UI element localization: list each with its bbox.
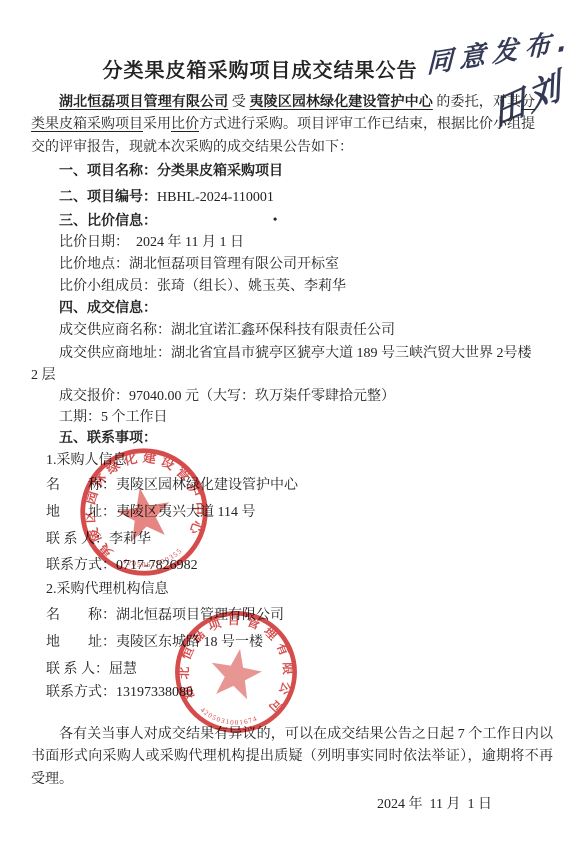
section-value: 分类果皮箱采购项目 bbox=[157, 164, 283, 179]
purchaser-name: 夷陵区园林绿化建设管护中心 bbox=[250, 95, 433, 110]
intro-text: 的委托，对其 bbox=[433, 95, 521, 110]
announcement-document: 分类果皮箱采购项目成交结果公告 同意发布. 田刘 湖北恒磊项目管理有限公司 受 … bbox=[0, 0, 583, 852]
section-label: 一、项目名称： bbox=[59, 164, 157, 179]
bidding-place-line: 比价地点：湖北恒磊项目管理有限公司开标室 bbox=[31, 255, 555, 275]
section-project-number: 二、项目编号：HBHL-2024-110001 bbox=[31, 188, 555, 208]
supplier-addr-line: 成交供应商地址：湖北省宜昌市猇亭区猇亭大道 189 号三峡汽贸大世界 2号楼 2… bbox=[31, 343, 536, 387]
bidding-team-line: 比价小组成员：张琦（组长）、姚玉英、李莉华 bbox=[31, 277, 555, 297]
section-bidding-info: 三、比价信息：• bbox=[31, 209, 555, 232]
intro-text: 受 bbox=[228, 95, 249, 110]
star-icon bbox=[207, 644, 266, 701]
dot-mark: • bbox=[245, 209, 277, 229]
agent-seal-stamp: 湖北恒磊项目管理有限公司 42050310016747 bbox=[158, 594, 313, 749]
purchaser-seal-stamp: 夷陵区园林绿化建设管护中心 42050610003555 bbox=[63, 431, 225, 593]
work-period-line: 工期：5 个工作日 bbox=[31, 408, 555, 428]
section-deal-info: 四、成交信息： bbox=[31, 299, 555, 319]
section-label: 二、项目编号： bbox=[59, 190, 157, 205]
star-icon bbox=[114, 483, 175, 542]
bidding-date-line: 比价日期： 2024 年 11 月 1 日 bbox=[31, 233, 555, 253]
method-name: 比价 bbox=[171, 117, 199, 132]
intro-paragraph: 湖北恒磊项目管理有限公司 受 夷陵区园林绿化建设管护中心 的委托，对其分类果皮箱… bbox=[31, 92, 535, 159]
deal-price-line: 成交报价：97040.00 元（大写：玖万柒仟零肆拾元整） bbox=[31, 387, 555, 407]
section-project-name: 一、项目名称：分类果皮箱采购项目 bbox=[31, 162, 555, 182]
project-number-value: HBHL-2024-110001 bbox=[157, 190, 274, 205]
intro-text: 采用 bbox=[143, 117, 171, 132]
section-label: 三、比价信息： bbox=[59, 214, 157, 229]
supplier-name-line: 成交供应商名称：湖北宜诺汇鑫环保科技有限责任公司 bbox=[31, 321, 555, 341]
document-date: 2024 年 11 月 1 日 bbox=[377, 793, 492, 813]
agency-name: 湖北恒磊项目管理有限公司 bbox=[59, 95, 228, 110]
